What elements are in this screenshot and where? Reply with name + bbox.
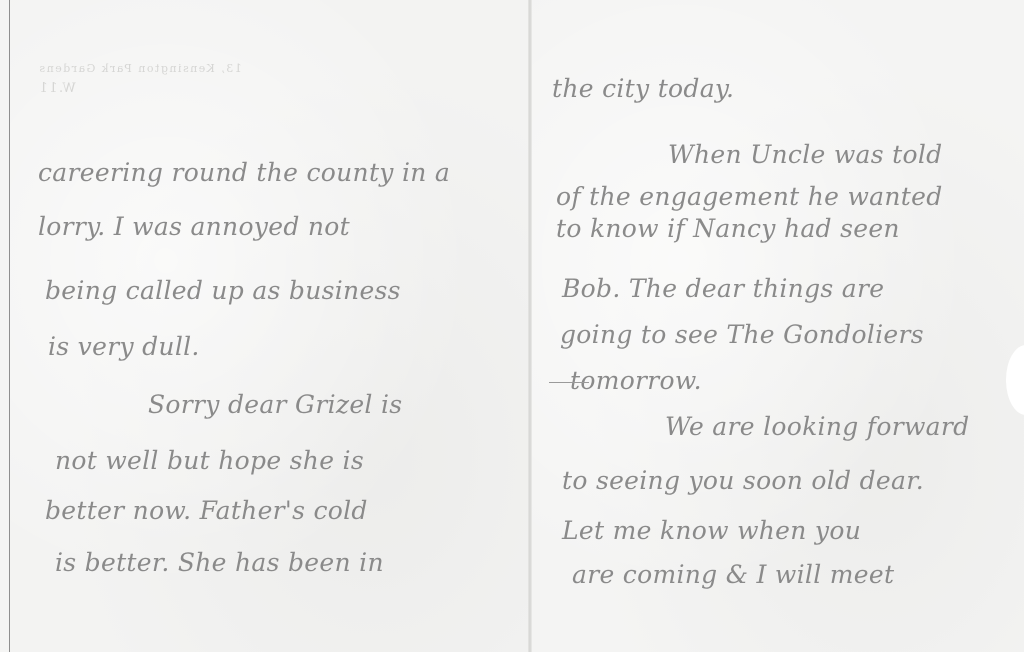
text-line: is better. She has been in [55,548,384,577]
text-line: lorry. I was annoyed not [38,212,350,241]
text-line: the city today. [552,74,734,103]
letterhead-postcode: W.11 [38,81,518,96]
text-line: are coming & I will meet [572,560,894,589]
text-line: to know if Nancy had seen [556,214,900,243]
spine-fold [528,0,532,652]
text-line: tomorrow. [570,366,702,395]
text-line: better now. Father's cold [45,496,368,525]
text-line: We are looking forward [665,412,969,441]
text-line: Bob. The dear things are [562,274,884,303]
page-notch [1006,345,1024,415]
letterhead-address: 13, Kensington Park Gardens [38,62,518,75]
text-line: Let me know when you [562,516,861,545]
text-line: of the engagement he wanted [556,182,943,211]
text-line: is very dull. [48,332,200,361]
text-line: not well but hope she is [55,446,364,475]
text-line: going to see The Gondoliers [560,320,924,349]
letterhead-bleedthrough: 13, Kensington Park Gardens W.11 [38,62,518,96]
text-line: Sorry dear Grizel is [148,390,402,419]
pen-stroke-mark [549,382,589,383]
text-line: careering round the county in a [38,158,450,187]
text-line: to seeing you soon old dear. [562,466,924,495]
text-line: When Uncle was told [668,140,942,169]
text-line: being called up as business [45,276,401,305]
letter-spread: 13, Kensington Park Gardens W.11 careeri… [0,0,1024,652]
